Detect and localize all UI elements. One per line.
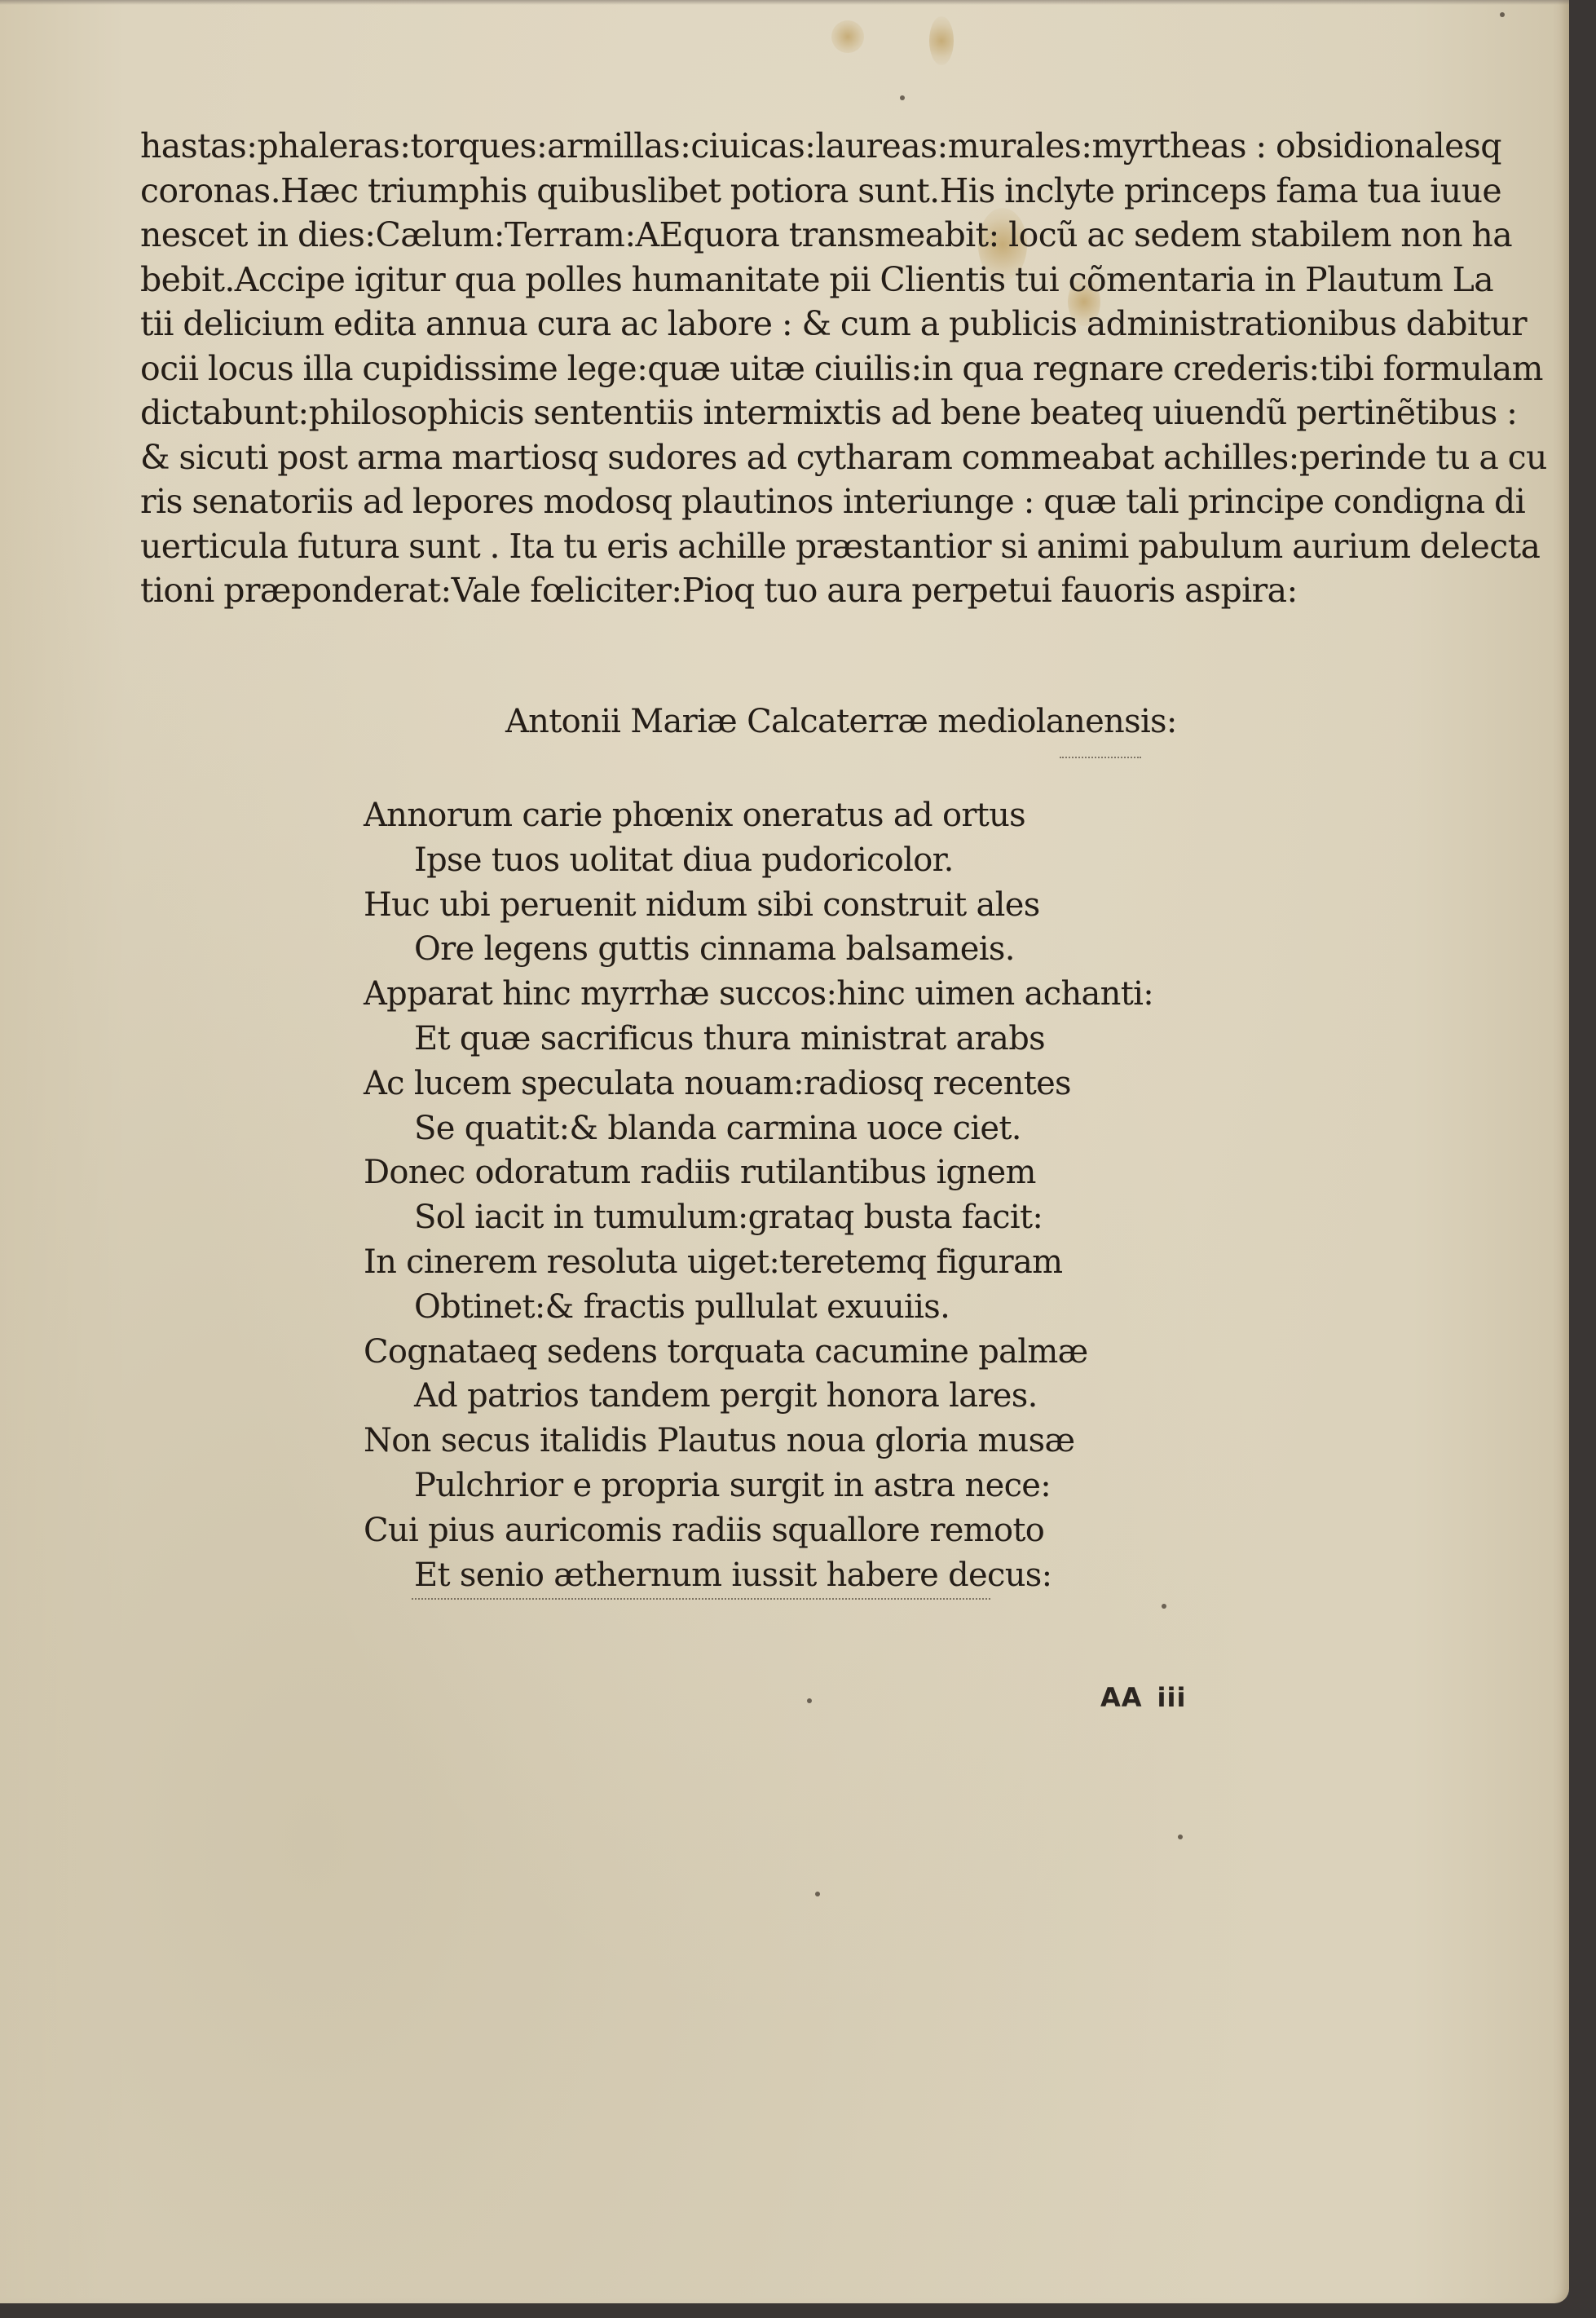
manuscript-page: hastas:phaleras:torques:armillas:ciuicas…: [0, 0, 1569, 2303]
foxing-stain: [831, 20, 864, 53]
prose-line: coronas.Hæc triumphis quibuslibet potior…: [140, 169, 1412, 214]
signature-number: iii: [1157, 1682, 1187, 1713]
poem-verse: Annorum carie phœnix oneratus ad ortus: [364, 793, 1153, 838]
prose-line: tioni præponderat:Vale fœliciter:Pioq tu…: [140, 568, 1412, 613]
ink-speck: [1178, 1835, 1183, 1839]
poem-verse: Et quæ sacrificus thura ministrat arabs: [364, 1017, 1153, 1062]
ink-speck: [900, 95, 905, 100]
dedication-prose: hastas:phaleras:torques:armillas:ciuicas…: [140, 124, 1412, 613]
heading-underline: [1060, 757, 1141, 760]
prose-line: tii delicium edita annua cura ac labore …: [140, 302, 1412, 347]
ink-speck: [815, 1892, 820, 1896]
poem-verse: Apparat hinc myrrhæ succos:hinc uimen ac…: [364, 972, 1153, 1017]
poem-verse: Donec odoratum radiis rutilantibus ignem: [364, 1150, 1153, 1195]
prose-line: uerticula futura sunt . Ita tu eris achi…: [140, 524, 1412, 569]
signature-letters: AA: [1100, 1682, 1143, 1713]
poem-verse: Ore legens guttis cinnama balsameis.: [364, 927, 1153, 972]
poem-verse: Cui pius auricomis radiis squallore remo…: [364, 1508, 1153, 1553]
poem-heading: Antonii Mariæ Calcaterræ mediolanensis:: [505, 703, 1177, 740]
prose-line: hastas:phaleras:torques:armillas:ciuicas…: [140, 124, 1412, 169]
poem-verse: In cinerem resoluta uiget:teretemq figur…: [364, 1240, 1153, 1285]
foxing-stain: [929, 16, 954, 65]
prose-line: nescet in dies:Cælum:Terram:AEquora tran…: [140, 213, 1412, 258]
poem-verse: Huc ubi peruenit nidum sibi construit al…: [364, 883, 1153, 928]
ink-speck: [1500, 12, 1505, 17]
elegiac-poem: Annorum carie phœnix oneratus ad ortus I…: [364, 793, 1153, 1597]
signature-mark: AAiii: [1100, 1682, 1186, 1713]
poem-verse: Pulchrior e propria surgit in astra nece…: [364, 1464, 1153, 1508]
poem-verse: Obtinet:& fractis pullulat exuuiis.: [364, 1285, 1153, 1330]
prose-line: ocii locus illa cupidissime lege:quæ uit…: [140, 347, 1412, 391]
prose-line: & sicuti post arma martiosq sudores ad c…: [140, 435, 1412, 480]
prose-line: ris senatoriis ad lepores modosq plautin…: [140, 479, 1412, 524]
poem-verse: Ad patrios tandem pergit honora lares.: [364, 1374, 1153, 1419]
poem-verse: Ac lucem speculata nouam:radiosq recente…: [364, 1062, 1153, 1106]
poem-end-rule: [412, 1598, 990, 1601]
ink-speck: [1162, 1604, 1166, 1609]
poem-verse: Sol iacit in tumulum:grataq busta facit:: [364, 1195, 1153, 1240]
poem-verse: Et senio æthernum iussit habere decus:: [364, 1553, 1153, 1598]
page-top-edge: [0, 0, 1569, 5]
poem-verse: Se quatit:& blanda carmina uoce ciet.: [364, 1106, 1153, 1151]
poem-verse: Ipse tuos uolitat diua pudoricolor.: [364, 838, 1153, 883]
prose-line: bebit.Accipe igitur qua polles humanitat…: [140, 258, 1412, 302]
poem-verse: Non secus italidis Plautus noua gloria m…: [364, 1419, 1153, 1464]
poem-verse: Cognataeq sedens torquata cacumine palmæ: [364, 1330, 1153, 1375]
prose-line: dictabunt:philosophicis sententiis inter…: [140, 391, 1412, 435]
ink-speck: [807, 1698, 812, 1703]
